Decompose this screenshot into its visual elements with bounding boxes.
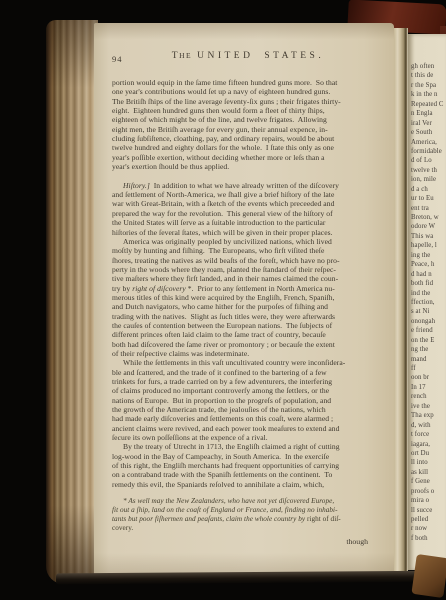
text-line: portion would equip in the ſame time fif…: [112, 78, 386, 87]
text-line: the United States will ſerve as a ſuitab…: [112, 218, 386, 227]
facing-text-fragment: Tha exp: [411, 411, 446, 420]
facing-page: gh oftent this der the Spak in the nRepe…: [408, 34, 446, 570]
facing-text-fragment: both fid: [411, 279, 446, 288]
text-line: different princes often laid claim to th…: [112, 330, 386, 339]
facing-text-fragment: n Engla: [411, 109, 446, 118]
paragraph: portion would equip in the ſame time fif…: [112, 78, 386, 171]
text-line: war with Great-Britain, with a ſketch of…: [112, 199, 386, 208]
text-line: The Britiſh ſhips of the line average ſe…: [112, 97, 386, 106]
text-block: portion would equip in the ſame time fif…: [112, 78, 386, 489]
facing-text-fragment: ort Du: [411, 449, 446, 458]
facing-text-fragment: hapelle, l: [411, 241, 446, 250]
text-line: of claims produced no important controve…: [112, 386, 386, 395]
facing-text-fragment: r now: [411, 524, 446, 533]
facing-text-fragment: rench: [411, 392, 446, 401]
text-line: covery.: [112, 524, 386, 533]
paragraph: While the ſettlements in this vaſt uncul…: [112, 358, 386, 442]
facing-text-fragment: ind the: [411, 289, 446, 298]
book-gutter: [394, 28, 408, 573]
facing-text-fragment: oon br: [411, 373, 446, 382]
facing-text-fragment: formidable: [411, 147, 446, 156]
text-line: * As well may the New Zealanders, who ha…: [112, 497, 386, 506]
text-line: perty in the woods where they roam, plan…: [112, 265, 386, 274]
text-line: and ſettlement of North-America, we ſhal…: [112, 190, 386, 199]
text-line: ancient claims were revived, and each po…: [112, 424, 386, 433]
text-line: nations of Europe. But in proportion to …: [112, 396, 386, 405]
paragraph: * As well may the New Zealanders, who ha…: [112, 497, 386, 533]
facing-text-fragment: ff: [411, 364, 446, 373]
facing-text-fragment: d a ch: [411, 185, 446, 194]
facing-text-fragment: proofs o: [411, 487, 446, 496]
facing-text-fragment: e South: [411, 128, 446, 137]
cover-board-edge: [56, 571, 444, 585]
text-line: tive maſters where they firſt landed, an…: [112, 274, 386, 283]
facing-text-fragment: ll succe: [411, 506, 446, 515]
facing-text-fragment: mand: [411, 355, 446, 364]
running-head: THEUNITED STATES.: [112, 51, 384, 61]
text-line: fit out a ſhip, land on the coaſt of Eng…: [112, 506, 386, 515]
facing-page-fragments: gh oftent this der the Spak in the nRepe…: [408, 34, 446, 543]
text-line: trading with the natives. Slight as ſuch…: [112, 312, 386, 321]
facing-text-fragment: on the E: [411, 336, 446, 345]
cover-corner: [411, 554, 446, 598]
text-line: on a contraband trade with the Spaniſh ſ…: [112, 470, 386, 479]
text-line: cluding ſubſiſtence, cloathing, pay, and…: [112, 134, 386, 143]
book-page: 94 THEUNITED STATES. portion would equip…: [94, 23, 394, 575]
text-line: eight men, the Britiſh average for every…: [112, 125, 386, 134]
facing-text-fragment: mira o: [411, 496, 446, 505]
facing-text-fragment: ion, mile: [411, 175, 446, 184]
facing-text-fragment: ive the: [411, 402, 446, 411]
text-line: tants but poor fiſhermen and peaſants, c…: [112, 515, 386, 524]
text-line: moſtly by hunting and fiſhing. The Europ…: [112, 246, 386, 255]
facing-text-fragment: ent tra: [411, 204, 446, 213]
text-line: had made early diſcoveries and ſettlemen…: [112, 414, 386, 423]
text-line: of this right, the Engliſh merchants had…: [112, 461, 386, 470]
text-line: By the treaty of Utrecht in 1713, the En…: [112, 442, 386, 451]
paragraph: America was originally peopled by uncivi…: [112, 237, 386, 358]
text-line: year's poſſible exertion, without decidi…: [112, 153, 386, 162]
facing-text-fragment: iagara,: [411, 440, 446, 449]
facing-text-fragment: twelve th: [411, 166, 446, 175]
facing-text-fragment: odore W: [411, 222, 446, 231]
text-line: the cauſes of contention between the Eur…: [112, 321, 386, 330]
text-line: trinkets for furs, a trade carried on by…: [112, 377, 386, 386]
facing-text-fragment: f both: [411, 534, 446, 543]
facing-text-fragment: Repeated C: [411, 100, 446, 109]
facing-text-fragment: Breton, w: [411, 213, 446, 222]
text-line: twelve hundred and eighty dollars for th…: [112, 143, 386, 152]
facing-text-fragment: This wa: [411, 232, 446, 241]
facing-text-fragment: d had n: [411, 270, 446, 279]
facing-text-fragment: f Gene: [411, 477, 446, 486]
text-line: both had diſcovered the ſame river or pr…: [112, 340, 386, 349]
facing-text-fragment: ffection,: [411, 298, 446, 307]
text-line: year's exertion ſhould be thus applied.: [112, 162, 386, 171]
running-head-lead-smallcaps: HE: [179, 51, 192, 60]
page-header: 94 THEUNITED STATES.: [112, 51, 384, 65]
facing-text-fragment: e friend: [411, 326, 446, 335]
facing-text-fragment: ing the: [411, 251, 446, 260]
paragraph: Hiſtory.] In addition to what we have al…: [112, 181, 386, 237]
facing-text-fragment: onongah: [411, 317, 446, 326]
facing-text-fragment: iral Ver: [411, 119, 446, 128]
text-line: one year's contributions would ſet up a …: [112, 87, 386, 96]
text-line: and Dutch navigators, who came hither fo…: [112, 302, 386, 311]
facing-text-fragment: gh often: [411, 62, 446, 71]
facing-text-fragment: k in the n: [411, 90, 446, 99]
text-line: prepared the way for the revolution. Thi…: [112, 209, 386, 218]
facing-text-fragment: ur to Eu: [411, 194, 446, 203]
facing-text-fragment: pelled: [411, 515, 446, 524]
facing-text-fragment: as kill: [411, 468, 446, 477]
facing-text-fragment: d of Lo: [411, 156, 446, 165]
facing-text-fragment: Peace, h: [411, 260, 446, 269]
text-line: merous titles of this kind were acquired…: [112, 293, 386, 302]
paragraph: By the treaty of Utrecht in 1713, the En…: [112, 442, 386, 489]
facing-text-fragment: d, with: [411, 421, 446, 430]
facing-text-fragment: In 17: [411, 383, 446, 392]
facing-text-fragment: t this de: [411, 71, 446, 80]
text-line: Hiſtory.] In addition to what we have al…: [112, 181, 386, 190]
text-line: of their reſpective claims was indetermi…: [112, 349, 386, 358]
text-line: try by right of diſcovery *. Prior to an…: [112, 284, 386, 293]
text-line: While the ſettlements in this vaſt uncul…: [112, 358, 386, 367]
text-line: eight. Eighteen hundred guns then would …: [112, 106, 386, 115]
facing-text-fragment: America,: [411, 138, 446, 147]
catchword: though: [112, 537, 368, 546]
text-line: eighteen of which might be of the line, …: [112, 115, 386, 124]
running-head-lead-cap: T: [172, 51, 179, 61]
text-line: ble and ſcattered, and the trade of it c…: [112, 368, 386, 377]
facing-text-fragment: ll into: [411, 458, 446, 467]
facing-text-fragment: t force: [411, 430, 446, 439]
running-head-title: UNITED STATES.: [197, 51, 324, 61]
text-line: remedy this evil, the Spaniards reſolved…: [112, 480, 386, 489]
facing-text-fragment: r the Spa: [411, 81, 446, 90]
text-line: America was originally peopled by uncivi…: [112, 237, 386, 246]
footnote: * As well may the New Zealanders, who ha…: [112, 497, 386, 533]
text-line: log-wood in the Bay of Campeachy, in Sou…: [112, 452, 386, 461]
text-line: ſhores, treating the natives as wild bea…: [112, 256, 386, 265]
page-stack-edge: [46, 20, 98, 584]
facing-text-fragment: ng the: [411, 345, 446, 354]
text-line: ſecure its own poſſeſſions at the expenc…: [112, 433, 386, 442]
text-line: the growth of the American trade, the je…: [112, 405, 386, 414]
facing-text-fragment: s at Ni: [411, 307, 446, 316]
text-line: hiſtories of the ſeveral ſtates, which w…: [112, 228, 386, 237]
